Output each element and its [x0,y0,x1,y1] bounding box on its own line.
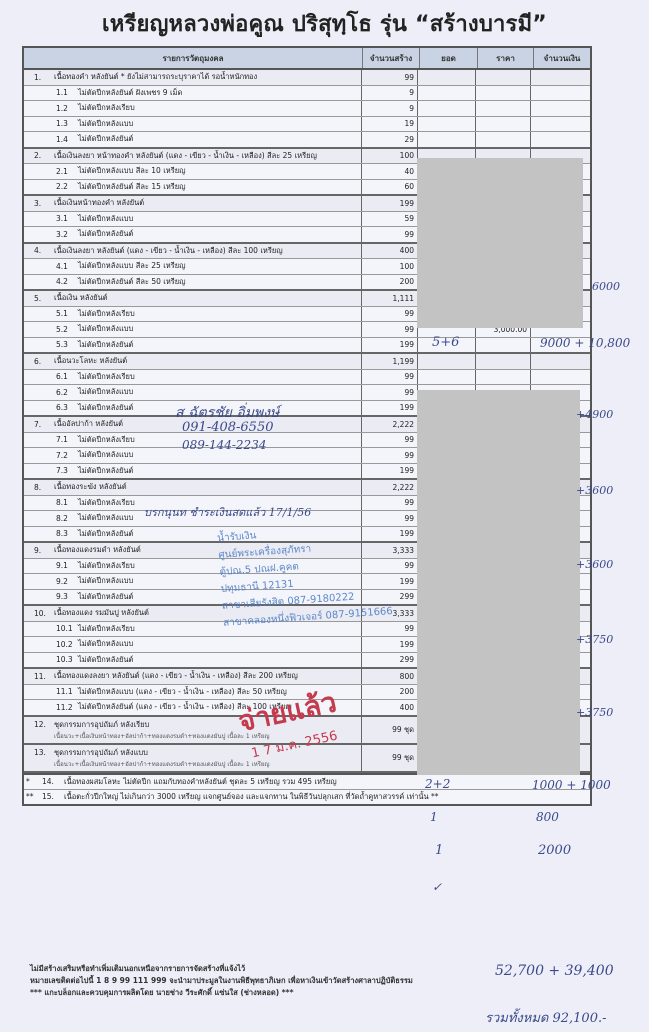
item-number: 5.2 [56,325,78,334]
item-cell: 2.เนื้อเงินลงยา หน้าทองคำ หลังยันต์ (แดง… [24,149,362,164]
item-label: ไม่ตัดปีกหลังยันต์ [78,133,133,145]
item-label: ไม่ตัดปีกหลังแบบ [78,449,133,461]
item-cell: 6.2ไม่ตัดปีกหลังแบบ [24,385,362,400]
footer-notes: ไม่มีสร้างเสริมหรือทำเพิ่มเติมนอกเหนือจา… [30,963,413,999]
handwritten-amount-11-2: 800 [536,810,559,824]
handwritten-side-10: +3750 [576,706,613,719]
order-cell [418,354,476,369]
item-label: ไม่ตัดปีกหลังยันต์ สีละ 50 เหรียญ [78,276,186,288]
quantity-cell: 99 [362,307,418,322]
item-number: 7.1 [56,435,78,444]
handwritten-side-4: 6000 [592,280,620,293]
quantity-cell: 99 [362,496,418,511]
item-cell: 3.2ไม่ตัดปีกหลังยันต์ [24,227,362,242]
handwritten-order-11-2: 1 [430,810,438,824]
item-cell: 7.3ไม่ตัดปีกหลังยันต์ [24,464,362,479]
quantity-cell: 99 [362,433,418,448]
item-label: ไม่ตัดปีกหลังแบบ [78,118,133,130]
table-row: 6.1ไม่ตัดปีกหลังเรียบ99 [24,370,590,386]
item-label: ไม่ตัดปีกหลังยันต์ [78,654,133,666]
item-cell: 1.1ไม่ตัดปีกหลังยันต์ ฝังเพชร 9 เม็ด [24,86,362,101]
note-marker: * [24,777,42,786]
item-number: 5.3 [56,340,78,349]
item-cell: 5.1ไม่ตัดปีกหลังเรียบ [24,307,362,322]
quantity-cell: 9 [362,86,418,101]
item-number: 11. [34,672,54,681]
item-number: 10.1 [56,624,78,633]
table-row: 1.2ไม่ตัดปีกหลังเรียบ9 [24,101,590,117]
order-cell [418,370,476,385]
item-label: เนื้อทองแดงลงยา หลังยันต์ (แดง - เขียว -… [54,670,298,682]
item-label: ไม่ตัดปีกหลังเรียบ [78,371,135,383]
item-number: 5.1 [56,309,78,318]
amount-cell [531,86,587,101]
page-title: เหรียญหลวงพ่อคูณ ปริสุทฺโธ รุ่น “สร้างบา… [0,6,649,41]
item-label: ไม่ตัดปีกหลังแบบ สีละ 25 เหรียญ [78,260,186,272]
item-number: 2.2 [56,182,78,191]
quantity-cell: 100 [362,259,418,274]
item-label: ไม่ตัดปีกหลังแบบ [78,213,133,225]
item-label: ชุดกรรมการอุปถัมภ์ หลังแบบ [54,748,148,757]
quantity-cell: 400 [362,700,418,715]
price-cell [476,338,531,353]
item-number: 8.2 [56,514,78,523]
quantity-cell: 99 [362,448,418,463]
item-label: ไม่ตัดปีกหลังยันต์ [78,528,133,540]
item-number: 2.1 [56,167,78,176]
quantity-cell: 199 [362,464,418,479]
order-cell [418,86,476,101]
footer-line: ไม่มีสร้างเสริมหรือทำเพิ่มเติมนอกเหนือจา… [30,963,413,975]
item-label: เนื้อทองแดงรมดำ หลังยันต์ [54,544,141,556]
handwritten-grand-total: รวมทั้งหมด 92,100.- [485,1007,607,1028]
item-cell: 3.1ไม่ตัดปีกหลังแบบ [24,212,362,227]
quantity-cell: 99 [362,70,418,85]
item-label: เนื้อเงินลงยา หน้าทองคำ หลังยันต์ (แดง -… [54,150,317,162]
item-number: 1.4 [56,135,78,144]
col-header-order: ยอด [420,48,478,68]
item-label: ไม่ตัดปีกหลังเรียบ [78,102,135,114]
item-number: 6. [34,357,54,366]
amount-cell [531,132,587,147]
item-number: 8. [34,483,54,492]
quantity-cell: 99 [362,227,418,242]
item-label: ไม่ตัดปีกหลังยันต์ [78,465,133,477]
item-label: เนื้อเงิน หลังยันต์ [54,292,108,304]
item-label: ไม่ตัดปีกหลังยันต์ [78,228,133,240]
amount-cell [531,70,587,85]
handwritten-side-6: +4900 [576,408,613,421]
item-cell: 5.เนื้อเงิน หลังยันต์ [24,291,362,306]
item-label: ไม่ตัดปีกหลังแบบ [78,386,133,398]
item-number: 3. [34,199,54,208]
item-number: 9. [34,546,54,555]
item-number: 5. [34,294,54,303]
handwritten-payment-note: บรกนุนท ชำระเงินสดแล้ว 17/1/56 [144,503,311,521]
item-label: ไม่ตัดปีกหลังยันต์ สีละ 15 เหรียญ [78,181,186,193]
note-text: เนื้อทองผสมโลหะ ไม่ตัดปีก แถมกับทองคำหลั… [64,776,337,788]
item-number: 4. [34,246,54,255]
item-cell: 1.2ไม่ตัดปีกหลังเรียบ [24,101,362,116]
quantity-cell: 400 [362,244,418,259]
item-label: ไม่ตัดปีกหลังเรียบ [78,434,135,446]
handwritten-side-7: +3600 [576,484,613,497]
item-label: ไม่ตัดปีกหลังยันต์ [78,591,133,603]
quantity-cell: 99 [362,622,418,637]
quantity-cell: 29 [362,132,418,147]
quantity-cell: 19 [362,117,418,132]
quantity-cell: 199 [362,338,418,353]
item-label: ไม่ตัดปีกหลังเรียบ [78,623,135,635]
item-label: เนื้อเงินลงยา หลังยันต์ (แดง - เขียว - น… [54,245,283,257]
footer-line: *** แกะบล็อกและควบคุมการผลิตโดย นายช่าง … [30,987,413,999]
col-header-item: รายการวัตถุมงคล [24,48,363,68]
handwritten-phone-2: 089-144-2234 [182,438,266,452]
handwritten-order-11: 2+2 [425,777,450,791]
price-cell [476,70,531,85]
quantity-cell: 9 [362,101,418,116]
quantity-cell: 60 [362,180,418,195]
order-cell [418,101,476,116]
item-number: 9.1 [56,561,78,570]
item-number: 9.3 [56,592,78,601]
item-label: ไม่ตัดปีกหลังยันต์ ฝังเพชร 9 เม็ด [78,87,182,99]
item-label: ชุดกรรมการอุปถัมภ์ หลังเรียบ [54,720,149,729]
item-detail: เนื้อนวะ+เนื้อเงินหน้าทอง+อัลปาก้า+ทองแด… [34,731,270,741]
item-number: 10. [34,609,54,618]
item-number: 7.3 [56,466,78,475]
item-label: เนื้อเงินหน้าทองคำ หลังยันต์ [54,197,144,209]
price-cell [476,117,531,132]
quantity-cell: 2,222 [362,480,418,495]
item-label: เนื้อทองคำ หลังยันต์ * ยังไม่สามารถระบุร… [54,71,257,83]
handwritten-amount-12: 2000 [538,843,571,858]
order-cell [418,132,476,147]
item-label: ไม่ตัดปีกหลังแบบ [78,512,133,524]
quantity-cell: 199 [362,401,418,416]
quantity-cell: 100 [362,149,418,164]
item-cell: 4.1ไม่ตัดปีกหลังแบบ สีละ 25 เหรียญ [24,259,362,274]
item-number: 9.2 [56,577,78,586]
table-row: 6.เนื้อนวะโลหะ หลังยันต์1,199 [24,354,590,370]
item-number: 2. [34,151,54,160]
item-label: ไม่ตัดปีกหลังยันต์ [78,339,133,351]
handwritten-amount-11: 1000 + 1000 [532,778,611,792]
item-number: 1. [34,73,54,82]
note-row: **15.เนื้อตะกั่วปีกใหญ่ ไม่เกินกว่า 3000… [24,790,590,804]
item-cell: 10.3ไม่ตัดปีกหลังยันต์ [24,653,362,668]
note-marker: ** [24,792,42,801]
quantity-cell: 800 [362,669,418,684]
item-label: เนื้อทองระฆัง หลังยันต์ [54,481,127,493]
item-label: ไม่ตัดปีกหลังเรียบ [78,308,135,320]
col-header-price: ราคา [478,48,534,68]
item-cell: 6.เนื้อนวะโลหะ หลังยันต์ [24,354,362,369]
item-cell: 1.4ไม่ตัดปีกหลังยันต์ [24,132,362,147]
item-number: 13. [34,748,54,757]
item-cell: 1.3ไม่ตัดปีกหลังแบบ [24,117,362,132]
quantity-cell: 299 [362,653,418,668]
table-notes: *14.เนื้อทองผสมโลหะ ไม่ตัดปีก แถมกับทองค… [24,773,590,804]
item-label: ไม่ตัดปีกหลังเรียบ [78,560,135,572]
item-number: 7.2 [56,451,78,460]
quantity-cell: 199 [362,196,418,211]
item-detail: เนื้อนวะ+เนื้อเงินหน้าทอง+อัลปาก้า+ทองแด… [34,759,270,769]
item-number: 6.1 [56,372,78,381]
item-number: 10.3 [56,655,78,664]
item-cell: 2.1ไม่ตัดปีกหลังแบบ สีละ 10 เหรียญ [24,164,362,179]
note-row: *14.เนื้อทองผสมโลหะ ไม่ตัดปีก แถมกับทองค… [24,775,590,790]
quantity-cell: 99 [362,322,418,337]
amount-cell [531,101,587,116]
order-cell [418,117,476,132]
item-cell: 8.เนื้อทองระฆัง หลังยันต์ [24,480,362,495]
item-label: ไม่ตัดปีกหลังเรียบ [78,497,135,509]
order-cell [418,70,476,85]
item-number: 4.2 [56,277,78,286]
quantity-cell: 200 [362,685,418,700]
handwritten-order-5: 5+6 [432,335,459,350]
quantity-cell: 1,199 [362,354,418,369]
item-label: ไม่ตัดปีกหลังแบบ [78,638,133,650]
quantity-cell: 99 ชุด [362,717,418,743]
col-header-quantity: จำนวนสร้าง [363,48,420,68]
quantity-cell: 1,111 [362,291,418,306]
table-row: 1.เนื้อทองคำ หลังยันต์ * ยังไม่สามารถระบ… [24,70,590,86]
item-cell: 4.2ไม่ตัดปีกหลังยันต์ สีละ 50 เหรียญ [24,275,362,290]
price-cell [476,101,531,116]
handwritten-phone-1: 091-408-6550 [182,420,274,435]
handwritten-sum: 52,700 + 39,400 [495,963,614,979]
quantity-cell: 199 [362,637,418,652]
col-header-amount: จำนวนเงิน [534,48,590,68]
note-text: เนื้อตะกั่วปีกใหญ่ ไม่เกินกว่า 3000 เหรี… [64,791,439,803]
item-cell: 1.เนื้อทองคำ หลังยันต์ * ยังไม่สามารถระบ… [24,70,362,85]
item-number: 11.1 [56,687,78,696]
item-label: เนื้อทองแดง รมมันปู หลังยันต์ [54,607,149,619]
item-number: 6.2 [56,388,78,397]
handwritten-amount-5: 9000 + 10,800 [540,336,630,350]
quantity-cell: 2,222 [362,417,418,432]
table-header: รายการวัตถุมงคล จำนวนสร้าง ยอด ราคา จำนว… [24,48,590,70]
item-cell: 5.2ไม่ตัดปีกหลังแบบ [24,322,362,337]
table-row: 1.1ไม่ตัดปีกหลังยันต์ ฝังเพชร 9 เม็ด9 [24,86,590,102]
item-number: 3.2 [56,230,78,239]
quantity-cell: 99 ชุด [362,745,418,771]
table-row: 1.4ไม่ตัดปีกหลังยันต์29 [24,132,590,147]
item-number: 3.1 [56,214,78,223]
item-cell: 11.เนื้อทองแดงลงยา หลังยันต์ (แดง - เขีย… [24,669,362,684]
note-number: 14. [42,777,64,786]
redaction-block [417,390,580,775]
item-cell: 10.2ไม่ตัดปีกหลังแบบ [24,637,362,652]
price-cell [476,132,531,147]
redaction-block [417,158,583,328]
item-number: 1.1 [56,88,78,97]
item-number: 10.2 [56,640,78,649]
price-cell [476,86,531,101]
amount-cell [531,370,587,385]
item-cell: 6.1ไม่ตัดปีกหลังเรียบ [24,370,362,385]
quantity-cell: 99 [362,385,418,400]
item-label: เนื้อนวะโลหะ หลังยันต์ [54,355,127,367]
amount-cell [531,117,587,132]
quantity-cell: 40 [362,164,418,179]
item-label: ไม่ตัดปีกหลังยันต์ [78,402,133,414]
shop-address-stamp: น้ำรับเงิน ศูนย์พระเครื่องสุภัทรา ตู้ปณ.… [217,518,394,632]
table-row: 1.3ไม่ตัดปีกหลังแบบ19 [24,117,590,133]
item-cell: 2.2ไม่ตัดปีกหลังยันต์ สีละ 15 เหรียญ [24,180,362,195]
price-cell [476,370,531,385]
item-group: 1.เนื้อทองคำ หลังยันต์ * ยังไม่สามารถระบ… [24,70,590,149]
quantity-cell: 99 [362,370,418,385]
item-cell: 4.เนื้อเงินลงยา หลังยันต์ (แดง - เขียว -… [24,244,362,259]
item-number: 4.1 [56,262,78,271]
quantity-cell: 59 [362,212,418,227]
item-number: 8.1 [56,498,78,507]
item-number: 11.2 [56,703,78,712]
handwritten-side-8: +3600 [576,558,613,571]
item-label: ไม่ตัดปีกหลังแบบ [78,323,133,335]
item-number: 6.3 [56,403,78,412]
amount-cell [531,354,587,369]
note-number: 15. [42,792,64,801]
item-label: ไม่ตัดปีกหลังแบบ สีละ 10 เหรียญ [78,165,186,177]
quantity-cell: 200 [362,275,418,290]
handwritten-check-13: ✓ [432,880,442,894]
item-number: 1.2 [56,104,78,113]
handwritten-order-12: 1 [435,843,443,858]
item-label: ไม่ตัดปีกหลังแบบ [78,575,133,587]
footer-line: หมายเลขติดต่อไปนี้ 1 8 9 99 111 999 จะนำ… [30,975,413,987]
item-number: 7. [34,420,54,429]
item-number: 8.3 [56,529,78,538]
item-cell: 5.3ไม่ตัดปีกหลังยันต์ [24,338,362,353]
handwritten-side-9: +3750 [576,633,613,646]
price-cell [476,354,531,369]
item-label: เนื้ออัลปาก้า หลังยันต์ [54,418,123,430]
table-row: 5.3ไม่ตัดปีกหลังยันต์199 [24,338,590,353]
item-number: 12. [34,720,54,729]
item-cell: 3.เนื้อเงินหน้าทองคำ หลังยันต์ [24,196,362,211]
item-number: 1.3 [56,119,78,128]
